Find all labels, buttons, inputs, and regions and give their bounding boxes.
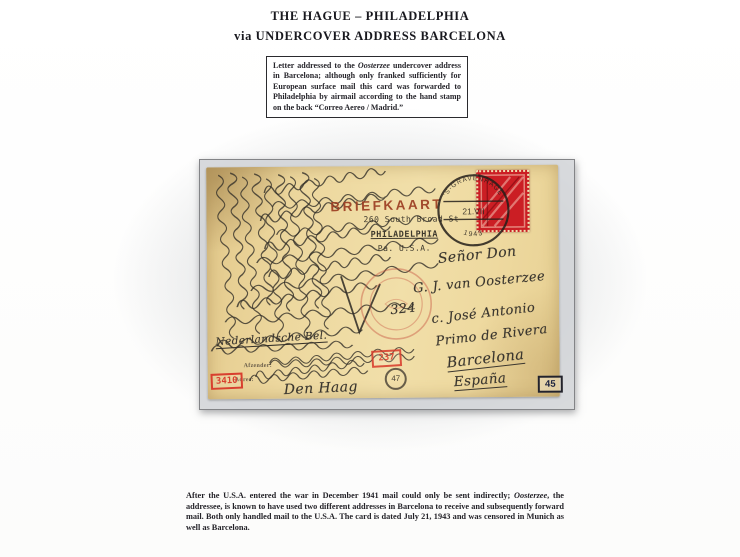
corner-number-box: 45 [538, 376, 563, 393]
svg-text:'S-GRAVENHAGE: 'S-GRAVENHAGE [442, 175, 504, 198]
briefkaart-heading: BRIEFKAART [330, 197, 443, 215]
exhibit-caption: After the U.S.A. entered the war in Dece… [186, 491, 564, 533]
recipient-line-3: 324 [389, 300, 417, 318]
description-text-1: Letter addressed to the [273, 61, 358, 70]
caption-date: July 21, 1943 [404, 512, 451, 521]
description-box: Letter addressed to the Oosterzee underc… [266, 56, 468, 118]
postmark-year: 1943 [462, 229, 484, 238]
postcard-mount: BRIEFKAART 260 South Broad St PHILADELPH… [199, 159, 575, 410]
red-censor-number-box: 3410 [210, 373, 243, 390]
postmark-gravenhage: 'S-GRAVENHAGE 21.VII 1943 [435, 172, 512, 249]
typed-country: Pa. U.S.A. [378, 244, 431, 253]
postmark-date: 21.VII [462, 206, 484, 216]
circled-number-mark: 47 [385, 368, 407, 390]
postcard: BRIEFKAART 260 South Broad St PHILADELPH… [206, 165, 560, 400]
postmark-town: 'S-GRAVENHAGE [442, 175, 504, 198]
page-subtitle: via UNDERCOVER ADDRESS BARCELONA [0, 26, 740, 46]
typed-city: PHILADELPHIA [371, 230, 438, 241]
description-italic-name: Oosterzee [358, 61, 390, 70]
page-header: THE HAGUE – PHILADELPHIA via UNDERCOVER … [0, 6, 740, 46]
page-title: THE HAGUE – PHILADELPHIA [0, 6, 740, 26]
caption-italic-name: Oosterzee [514, 491, 547, 500]
red-censor-number-box-2: 237 [371, 349, 402, 368]
sender-city: Den Haag [284, 379, 359, 398]
svg-text:1943: 1943 [462, 229, 484, 238]
caption-text-1: After the U.S.A. entered the war in Dece… [186, 491, 514, 500]
